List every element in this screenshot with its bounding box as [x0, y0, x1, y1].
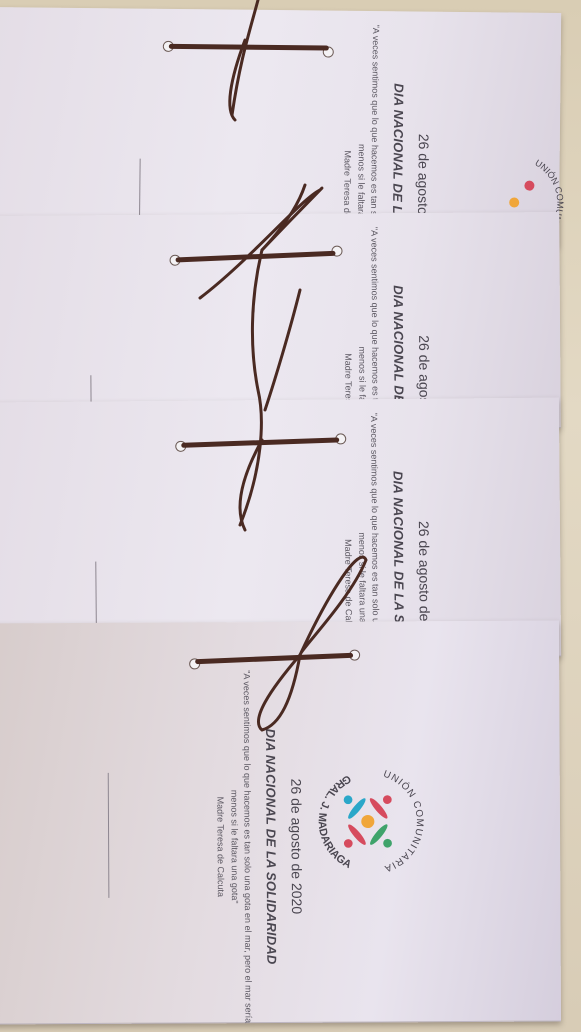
booklet-cover: 26 de agosto de 2020 DIA NACIONAL DE LA …: [109, 681, 431, 983]
cover-quote: "A veces sentimos que lo que hacemos es …: [227, 657, 255, 1032]
cover-text: 26 de agosto de 2020 DIA NACIONAL DE LA …: [215, 656, 306, 1032]
cover-author: Madre Teresa de Calcuta: [215, 657, 227, 1032]
cover-date: 26 de agosto de 2020: [288, 656, 306, 1032]
svg-text:GRAL. J. MADARIAGA: GRAL. J. MADARIAGA: [315, 772, 353, 871]
cover-heading: DIA NACIONAL DE LA SOLIDARIDAD: [263, 656, 280, 1032]
union-comunitaria-logo: UNIÓN COMUNITARIA GRAL. J. MADARIAGA: [310, 761, 431, 882]
booklet-4: 26 de agosto de 2020 DIA NACIONAL DE LA …: [0, 621, 561, 1025]
svg-text:UNIÓN COMUNITARIA: UNIÓN COMUNITARIA: [382, 769, 426, 875]
booklet-1: UNIÓN COMUNITARIA 26 de agosto de 2020 D…: [0, 7, 561, 246]
